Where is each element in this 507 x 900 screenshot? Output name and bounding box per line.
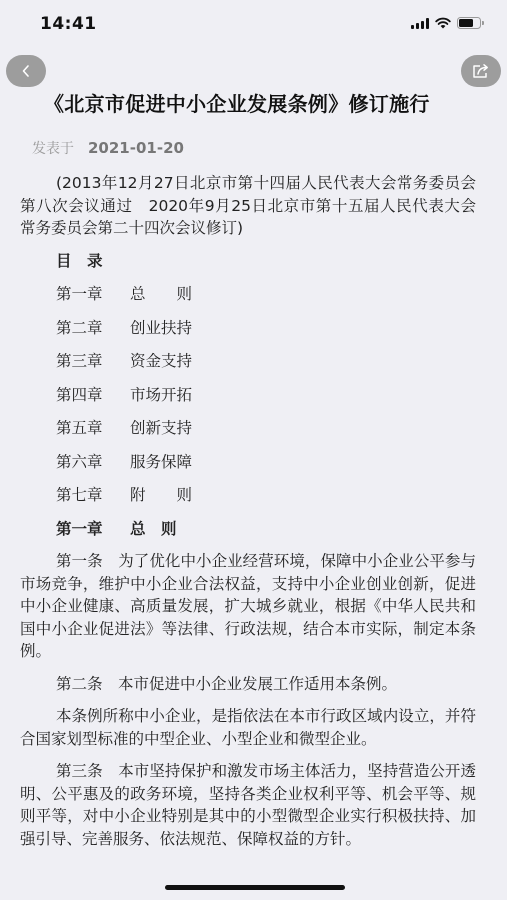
toc-item: 第五章 创新支持 (20, 417, 476, 440)
toc-chapter: 第四章 (56, 384, 130, 407)
toc-item: 第一章 总 则 (20, 283, 476, 306)
published-label: 发表于 (32, 138, 74, 158)
toc-name: 资金支持 (130, 350, 192, 373)
status-bar: 14:41 (0, 0, 507, 50)
share-icon (471, 62, 491, 80)
battery-icon (457, 17, 481, 29)
toc-heading: 目 录 (20, 250, 476, 273)
status-time: 14:41 (40, 14, 97, 34)
toc-chapter: 第三章 (56, 350, 130, 373)
toc-name: 市场开拓 (130, 384, 192, 407)
article-paragraph: 第一条 为了优化中小企业经营环境，保障中小企业公平参与市场竞争，维护中小企业合法… (20, 550, 476, 663)
article-meta: 发表于 2021-01-20 (32, 138, 184, 158)
toc-item: 第七章 附 则 (20, 484, 476, 507)
toc-chapter: 第一章 (56, 283, 130, 306)
toc-name: 附 则 (130, 484, 192, 507)
preamble: (2013年12月27日北京市第十四届人民代表大会常务委员会第八次会议通过 20… (20, 172, 476, 240)
toc-chapter: 第六章 (56, 451, 130, 474)
toc-chapter: 第七章 (56, 484, 130, 507)
chevron-left-icon (20, 63, 32, 79)
toc-name: 服务保障 (130, 451, 192, 474)
published-date: 2021-01-20 (88, 139, 184, 157)
toc-item: 第六章 服务保障 (20, 451, 476, 474)
wifi-icon (435, 17, 451, 29)
toc-item: 第三章 资金支持 (20, 350, 476, 373)
status-icons (411, 17, 481, 29)
toc-chapter: 第五章 (56, 417, 130, 440)
article-paragraph: 第三条 本市坚持保护和激发市场主体活力，坚持营造公开透明、公平惠及的政务环境，坚… (20, 760, 476, 850)
back-button[interactable] (6, 55, 46, 87)
toc-name: 总 则 (130, 283, 192, 306)
article-title: 《北京市促进中小企业发展条例》修订施行 (44, 88, 501, 117)
toc-item: 第四章 市场开拓 (20, 384, 476, 407)
cellular-signal-icon (411, 18, 429, 29)
toc-item: 第二章 创业扶持 (20, 317, 476, 340)
article-paragraph: 第二条 本市促进中小企业发展工作适用本条例。 (20, 673, 476, 696)
chapter-heading: 第一章 总 则 (20, 518, 476, 541)
toc-name: 创新支持 (130, 417, 192, 440)
article-paragraph: 本条例所称中小企业，是指依法在本市行政区域内设立，并符合国家划型标准的中型企业、… (20, 705, 476, 750)
share-button[interactable] (461, 55, 501, 87)
chapter-name: 总 则 (130, 518, 177, 541)
home-indicator[interactable] (165, 885, 345, 890)
chapter-number: 第一章 (56, 518, 130, 541)
toc-chapter: 第二章 (56, 317, 130, 340)
toc-name: 创业扶持 (130, 317, 192, 340)
article-body: (2013年12月27日北京市第十四届人民代表大会常务委员会第八次会议通过 20… (20, 172, 476, 860)
